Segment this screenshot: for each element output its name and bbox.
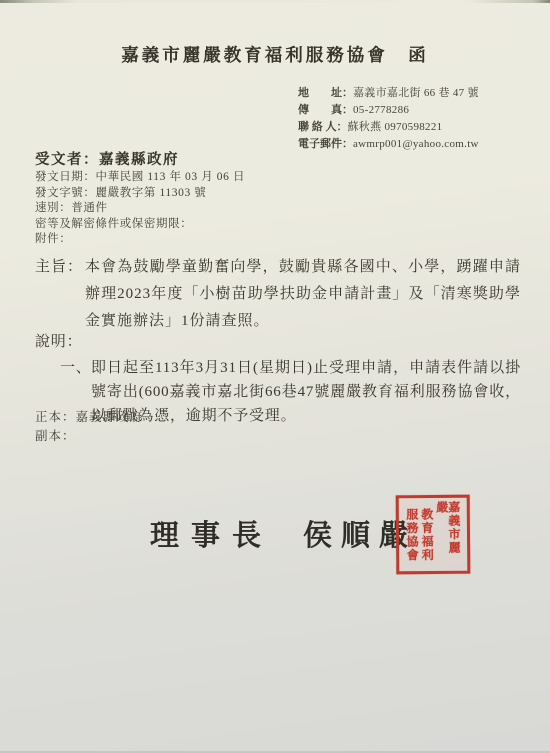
- doc-number-line: 發文字號：麗嚴教字第 11303 號: [35, 186, 245, 202]
- priority-line: 速別：普通件: [35, 201, 245, 217]
- attachment-line: 附件：: [35, 232, 245, 248]
- copies-block: 正本：嘉義縣政府 副本：: [35, 408, 143, 446]
- contact-person-label: 聯 絡 人：: [298, 119, 348, 136]
- contact-address: 地 址：嘉義市嘉北街 66 巷 47 號: [298, 85, 479, 102]
- issue-date-line: 發文日期：中華民國 113 年 03 月 06 日: [35, 170, 245, 186]
- contact-fax-value: 05-2778286: [353, 104, 409, 116]
- contact-email-label: 電子郵件：: [298, 136, 353, 153]
- recipient-value: 嘉義縣政府: [99, 152, 179, 168]
- security-label: 密等及解密條件或保密期限：: [35, 218, 192, 230]
- priority-label: 速別：: [35, 202, 71, 214]
- subject-section: 主旨： 本會為鼓勵學童勤奮向學，鼓勵貴縣各國中、小學，踴躍申請辦理2023年度「…: [35, 254, 521, 335]
- contact-block: 地 址：嘉義市嘉北街 66 巷 47 號 傳 真：05-2778286 聯 絡 …: [298, 85, 479, 153]
- contact-email-value: awmrp001@yahoo.com.tw: [353, 138, 479, 150]
- signature-role: 理事長: [150, 513, 273, 554]
- seal-column-left: 服務協會: [406, 508, 418, 562]
- seal-column-middle: 教育福利: [421, 508, 433, 562]
- association-seal-stamp: 嘉義市麗嚴 教育福利 服務協會: [396, 495, 471, 575]
- signature-line: 理事長 侯順嚴: [150, 513, 417, 554]
- contact-fax-label: 傳 真：: [298, 102, 353, 119]
- security-line: 密等及解密條件或保密期限：: [35, 217, 245, 233]
- doc-number-label: 發文字號：: [35, 187, 96, 199]
- issue-date-value: 中華民國 113 年 03 月 06 日: [96, 171, 246, 183]
- contact-person: 聯 絡 人：蘇秋燕 0970598221: [298, 119, 479, 136]
- original-copy-value: 嘉義縣政府: [76, 410, 144, 424]
- meta-block: 發文日期：中華民國 113 年 03 月 06 日 發文字號：麗嚴教字第 113…: [35, 170, 245, 248]
- contact-email: 電子郵件：awmrp001@yahoo.com.tw: [298, 136, 479, 153]
- contact-person-value: 蘇秋燕 0970598221: [348, 121, 443, 133]
- letter-page: 嘉義市麗嚴教育福利服務協會 函 地 址：嘉義市嘉北街 66 巷 47 號 傳 真…: [0, 0, 550, 753]
- explanation-item-number: 一、: [60, 356, 92, 380]
- attachment-label: 附件：: [35, 233, 71, 245]
- original-copy-line: 正本：嘉義縣政府: [35, 408, 143, 427]
- recipient-line: 受文者：嘉義縣政府: [35, 148, 179, 169]
- subject-text: 本會為鼓勵學童勤奮向學，鼓勵貴縣各國中、小學，踴躍申請辦理2023年度「小樹苗助…: [85, 259, 521, 329]
- carbon-copy-label: 副本：: [35, 429, 76, 443]
- contact-fax: 傳 真：05-2778286: [298, 102, 479, 119]
- recipient-label: 受文者：: [35, 152, 99, 168]
- seal-column-right: 嘉義市麗嚴: [436, 501, 461, 568]
- contact-address-value: 嘉義市嘉北街 66 巷 47 號: [353, 87, 479, 99]
- subject-label: 主旨：: [35, 254, 83, 281]
- explanation-item-text: 即日起至113年3月31日(星期日)止受理申請，申請表件請以掛號寄出(600嘉義…: [91, 360, 521, 424]
- issue-date-label: 發文日期：: [35, 171, 96, 183]
- doc-number-value: 麗嚴教字第 11303 號: [96, 187, 207, 199]
- priority-value: 普通件: [71, 202, 107, 214]
- original-copy-label: 正本：: [35, 410, 76, 424]
- carbon-copy-line: 副本：: [35, 427, 143, 446]
- letter-title: 嘉義市麗嚴教育福利服務協會 函: [0, 42, 550, 67]
- contact-address-label: 地 址：: [298, 85, 353, 102]
- explanation-label: 說明：: [35, 330, 521, 354]
